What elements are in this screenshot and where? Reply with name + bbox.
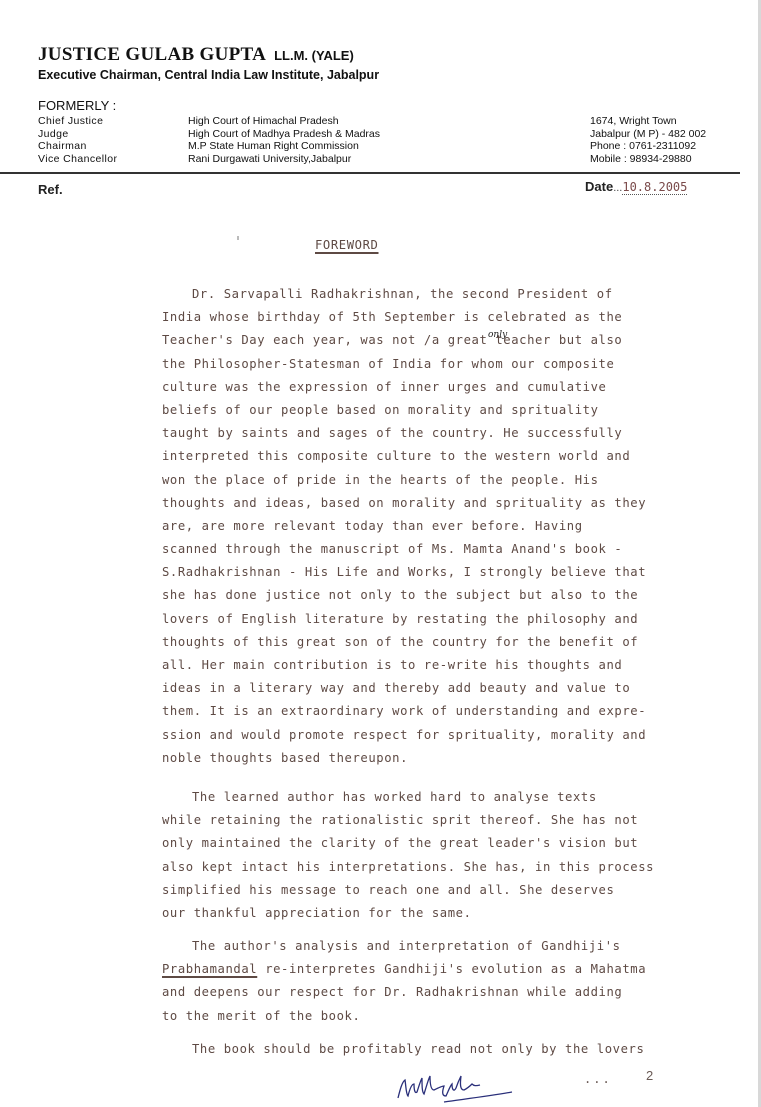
text-line: thoughts of this great son of the countr… [162,631,646,654]
foreword-heading: FOREWORD [315,238,379,252]
text-line: all. Her main contribution is to re-writ… [162,654,646,677]
mobile-line: Mobile : 98934-29880 [590,153,706,166]
formerly-label: FORMERLY : [38,98,116,113]
former-role: Chairman [38,140,117,153]
continuation-dots: ... [584,1072,612,1086]
text-line: India whose birthday of 5th September is… [162,306,646,329]
text-line: noble thoughts based thereupon. [162,747,646,770]
former-institutions: High Court of Himachal Pradesh High Cour… [188,115,380,165]
former-role: Chief Justice [38,115,117,128]
text-line: culture was the expression of inner urge… [162,376,646,399]
continuation-marker: ... [584,1070,612,1088]
text-line: the Philosopher-Statesman of India for w… [162,353,646,376]
text-line: Prabhamandal re-interpretes Gandhiji's e… [162,958,646,981]
text-line: them. It is an extraordinary work of und… [162,700,646,723]
ref-label: Ref. [38,182,63,197]
letterhead-divider [0,172,740,174]
paragraph-1: Dr. Sarvapalli Radhakrishnan, the second… [162,283,646,770]
former-institution: High Court of Madhya Pradesh & Madras [188,128,380,141]
date-dots: ... [613,182,622,194]
text-line: The author's analysis and interpretation… [162,935,646,958]
text-line: to the merit of the book. [162,1005,646,1028]
text-line: lovers of English literature by restatin… [162,608,646,631]
text-line: taught by saints and sages of the countr… [162,422,646,445]
page-number: 2 [646,1068,653,1083]
text-line: are, are more relevant today than ever b… [162,515,646,538]
text-line: only maintained the clarity of the great… [162,832,654,855]
text-line: won the place of pride in the hearts of … [162,469,646,492]
paragraph-4: The book should be profitably read not o… [162,1038,644,1061]
former-role: Judge [38,128,117,141]
author-designation: Executive Chairman, Central India Law In… [38,68,379,82]
text-line: ssion and would promote respect for spri… [162,724,646,747]
text-line: Dr. Sarvapalli Radhakrishnan, the second… [162,283,646,306]
date-value: 10.8.2005 [622,180,687,195]
text-line: beliefs of our people based on morality … [162,399,646,422]
former-roles: Chief Justice Judge Chairman Vice Chance… [38,115,117,165]
former-institution: High Court of Himachal Pradesh [188,115,380,128]
text-line: interpreted this composite culture to th… [162,445,646,468]
text-line: ideas in a literary way and thereby add … [162,677,646,700]
text-line: S.Radhakrishnan - His Life and Works, I … [162,561,646,584]
former-role: Vice Chancellor [38,153,117,166]
text-line: she has done justice not only to the sub… [162,584,646,607]
text-line: The learned author has worked hard to an… [162,786,654,809]
letterhead-title: JUSTICE GULAB GUPTA LL.M. (YALE) [38,44,354,66]
paper-speck [237,236,239,240]
former-institution: M.P State Human Right Commission [188,140,380,153]
text-line: scanned through the manuscript of Ms. Ma… [162,538,646,561]
text-line: and deepens our respect for Dr. Radhakri… [162,981,646,1004]
date-field: Date...10.8.2005 [585,178,687,196]
underlined-title: Prabhamandal [162,962,257,976]
text-line: while retaining the rationalistic sprit … [162,809,654,832]
text-line: The book should be profitably read not o… [162,1038,644,1061]
former-institution: Rani Durgawati University,Jabalpur [188,153,380,166]
author-name: JUSTICE GULAB GUPTA [38,44,266,65]
phone-line: Phone : 0761-2311092 [590,140,706,153]
address-line: 1674, Wright Town [590,115,706,128]
text-line: thoughts and ideas, based on morality an… [162,492,646,515]
text-segment: re-interpretes Gandhiji's evolution as a… [265,962,646,976]
contact-address: 1674, Wright Town Jabalpur (M P) - 482 0… [590,115,706,165]
text-line: our thankful appreciation for the same. [162,902,654,925]
text-line: Teacher's Day each year, was not /a grea… [162,329,646,352]
text-line: also kept intact his interpretations. Sh… [162,856,654,879]
author-degree: LL.M. (YALE) [274,48,354,63]
signature [390,1068,520,1107]
text-line: simplified his message to reach one and … [162,879,654,902]
paragraph-3: The author's analysis and interpretation… [162,935,646,1028]
address-line: Jabalpur (M P) - 482 002 [590,128,706,141]
letter-page: JUSTICE GULAB GUPTA LL.M. (YALE) Executi… [0,0,761,1107]
paragraph-2: The learned author has worked hard to an… [162,786,654,925]
date-label: Date [585,179,613,194]
